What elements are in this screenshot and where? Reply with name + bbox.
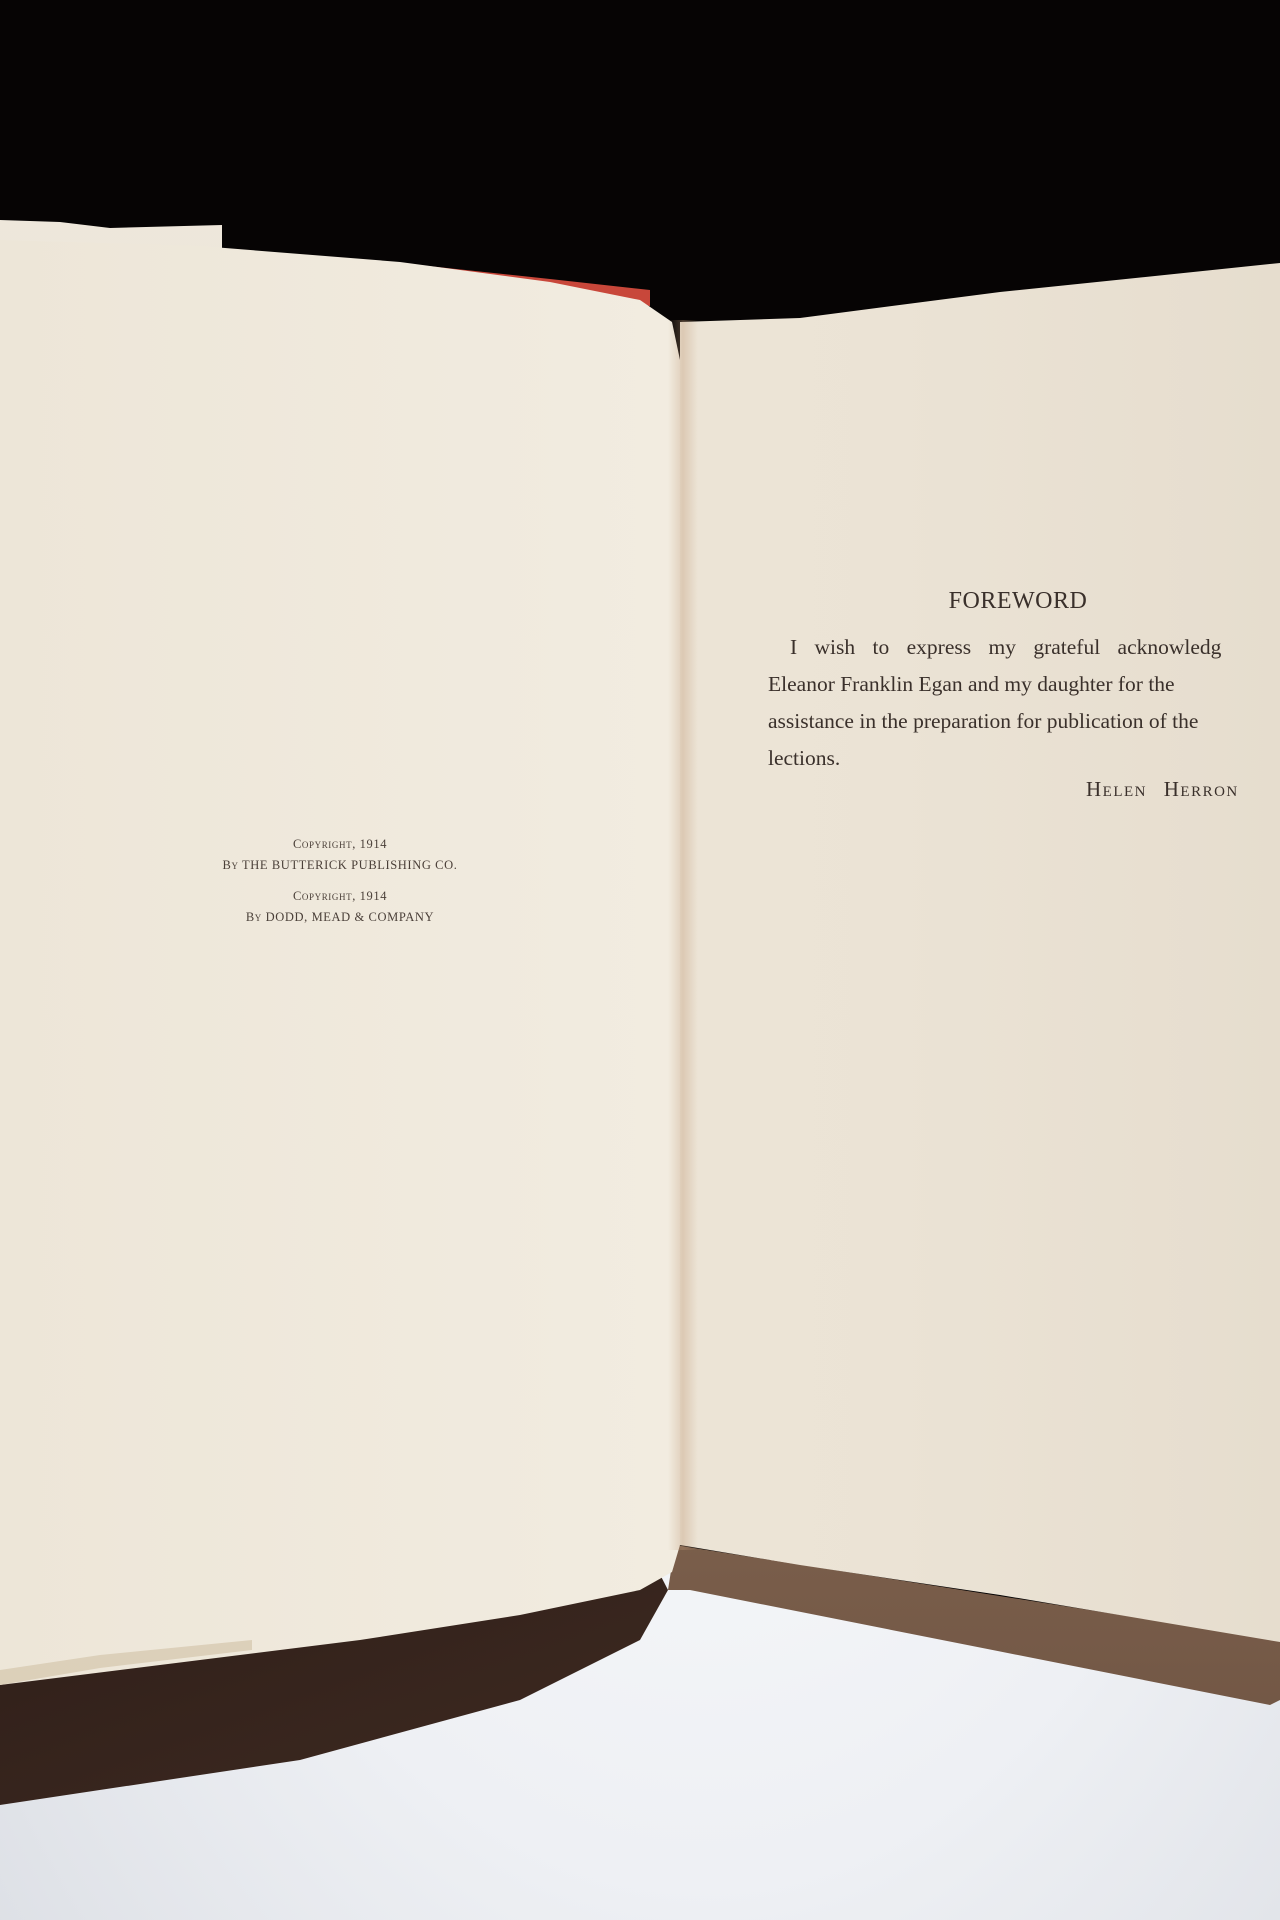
copyright-line-2: By THE BUTTERICK PUBLISHING CO. (190, 855, 490, 876)
copyright-line-1: Copyright, 1914 (190, 834, 490, 855)
foreword-line-2: Eleanor Franklin Egan and my daughter fo… (768, 666, 1280, 703)
foreword-signature: Helen Herron (768, 777, 1280, 802)
foreword-body: I wish to express my grateful acknowledg… (768, 629, 1280, 777)
foreword-section: FOREWORD I wish to express my grateful a… (768, 588, 1280, 802)
copyright-line-4: By DODD, MEAD & COMPANY (190, 907, 490, 928)
book-gutter (668, 320, 698, 1550)
foreword-line-4: lections. (768, 740, 1280, 777)
copyright-line-3: Copyright, 1914 (190, 886, 490, 907)
copyright-notice: Copyright, 1914 By THE BUTTERICK PUBLISH… (190, 834, 490, 928)
foreword-title: FOREWORD (723, 588, 1280, 615)
foreword-line-3: assistance in the preparation for public… (768, 703, 1280, 740)
foreword-line-1: I wish to express my grateful acknowledg (768, 629, 1280, 666)
